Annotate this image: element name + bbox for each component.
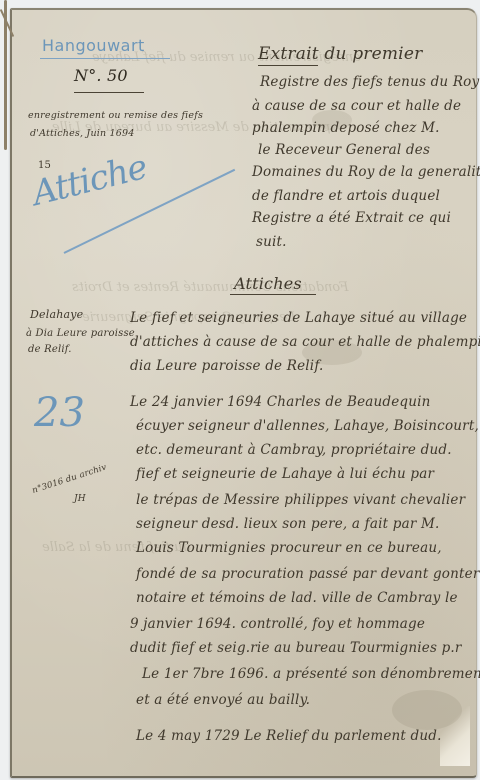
paragraph-line: Le 4 may 1729 Le Relief du parlement dud… bbox=[136, 728, 442, 744]
header-line: Registre des fiefs tenus du Roy bbox=[260, 74, 479, 90]
paragraph-line: fondé de sa procuration passé par devant… bbox=[136, 566, 480, 582]
paragraph-line: Louis Tourmignies procureur en ce bureau… bbox=[136, 540, 442, 556]
header-line: phalempin deposé chez M. bbox=[252, 120, 440, 136]
margin-note-title: Delahaye bbox=[30, 308, 83, 321]
document-scan: enregistrement ou remise du fief Lahaye … bbox=[0, 0, 480, 780]
header-line: à cause de sa cour et halle de bbox=[252, 98, 461, 114]
paragraph-line: notaire et témoins de lad. ville de Camb… bbox=[136, 590, 458, 606]
blue-header-annotation: Hangouwart bbox=[42, 36, 145, 55]
paragraph-line: écuyer seigneur d'allennes, Lahaye, Bois… bbox=[136, 418, 479, 434]
paragraph-line: et a été envoyé au bailly. bbox=[136, 692, 310, 708]
margin-note-line: de Relif. bbox=[28, 344, 72, 355]
archive-reference: n°3016 du archiv bbox=[31, 462, 108, 496]
paragraph-line: 9 janvier 1694. controllé, foy et hommag… bbox=[130, 616, 425, 632]
title-underline bbox=[258, 65, 318, 66]
archive-initials: JH bbox=[74, 494, 86, 504]
register-note-line1: enregistrement ou remise des fiefs bbox=[28, 110, 203, 121]
paragraph-line: etc. demeurant à Cambray, propriétaire d… bbox=[136, 442, 452, 458]
paragraph-line: Le 1er 7bre 1696. a présenté son dénombr… bbox=[142, 666, 480, 682]
torn-page-corner bbox=[440, 706, 470, 766]
header-line: de flandre et artois duquel bbox=[252, 188, 440, 204]
header-line: le Receveur General des bbox=[258, 142, 430, 158]
heading-underline bbox=[230, 294, 316, 295]
paragraph-line: Le 24 janvier 1694 Charles de Beaudequin bbox=[130, 394, 431, 410]
header-line: suit. bbox=[256, 234, 287, 250]
intro-line: Le fief et seigneuries de Lahaye situé a… bbox=[130, 310, 467, 326]
manuscript-page: enregistrement ou remise du fief Lahaye … bbox=[10, 8, 477, 778]
bleed-through-text: Fondations Communauté Rentes et Droits bbox=[72, 280, 348, 295]
number-underline bbox=[74, 92, 144, 93]
paragraph-line: dudit fief et seig.rie au bureau Tourmig… bbox=[130, 640, 462, 656]
blue-underline bbox=[40, 58, 170, 59]
extract-title: Extrait du premier bbox=[258, 44, 422, 64]
document-number: N°. 50 bbox=[74, 66, 128, 85]
header-line: Registre a été Extrait ce qui bbox=[252, 210, 451, 226]
register-note-line2: d'Attiches, Juin 1694 bbox=[30, 128, 135, 139]
paragraph-line: le trépas de Messire philippes vivant ch… bbox=[136, 492, 465, 508]
paragraph-line: seigneur desd. lieux son pere, a fait pa… bbox=[136, 516, 439, 532]
intro-line: d'attiches à cause de sa cour et halle d… bbox=[130, 334, 480, 350]
header-line: Domaines du Roy de la generalité bbox=[252, 164, 480, 180]
intro-line: dia Leure paroisse de Relif. bbox=[130, 358, 324, 374]
paragraph-line: fief et seigneurie de Lahaye à lui échu … bbox=[136, 466, 434, 482]
margin-note-line: à Dia Leure paroisse bbox=[26, 328, 135, 339]
blue-pencil-attiche: Attiche bbox=[28, 147, 150, 214]
section-heading: Attiches bbox=[234, 274, 302, 293]
blue-pencil-number: 23 bbox=[34, 390, 85, 436]
